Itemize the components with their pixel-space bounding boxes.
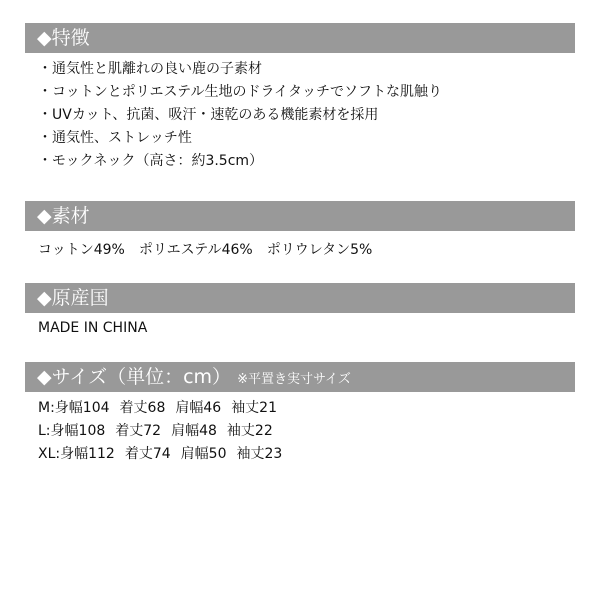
size-title: ◆サイズ（単位：cm） (37, 366, 231, 388)
size-cell: 身幅104 (55, 400, 110, 416)
size-cell: 袖丈23 (237, 446, 283, 462)
features-list: ・通気性と肌離れの良い鹿の子素材 ・コットンとポリエステル生地のドライタッチでソ… (38, 58, 442, 173)
material-item: コットン49% (38, 242, 125, 258)
list-item: ・モックネック（高さ：約3.5cm） (38, 150, 442, 173)
list-item: ・UVカット、抗菌、吸汗・速乾のある機能素材を採用 (38, 104, 442, 127)
material-item: ポリウレタン5% (267, 242, 373, 258)
size-cell: 着丈74 (125, 446, 171, 462)
features-title: ◆特徴 (37, 27, 90, 49)
list-item: ・通気性、ストレッチ性 (38, 127, 442, 150)
list-item: ・通気性と肌離れの良い鹿の子素材 (38, 58, 442, 81)
size-label: XL: (38, 446, 60, 462)
size-cell: 肩幅50 (181, 446, 227, 462)
size-cell: 袖丈22 (227, 423, 273, 439)
size-cell: 着丈72 (115, 423, 161, 439)
size-cell: 身幅108 (51, 423, 106, 439)
size-row-l: L:身幅108着丈72肩幅48袖丈22 (38, 420, 292, 443)
size-label: M: (38, 400, 55, 416)
size-cell: 身幅112 (60, 446, 115, 462)
size-row-m: M:身幅104着丈68肩幅46袖丈21 (38, 397, 292, 420)
size-cell: 肩幅46 (175, 400, 221, 416)
size-cell: 着丈68 (120, 400, 166, 416)
size-row-xl: XL:身幅112着丈74肩幅50袖丈23 (38, 443, 292, 466)
list-item: ・コットンとポリエステル生地のドライタッチでソフトな肌触り (38, 81, 442, 104)
origin-title: ◆原産国 (37, 287, 109, 309)
material-composition: コットン49%ポリエステル46%ポリウレタン5% (38, 239, 386, 262)
features-header: ◆特徴 (25, 23, 575, 53)
size-table: M:身幅104着丈68肩幅46袖丈21 L:身幅108着丈72肩幅48袖丈22 … (38, 397, 292, 466)
material-title: ◆素材 (37, 205, 90, 227)
size-header: ◆サイズ（単位：cm）※平置き実寸サイズ (25, 362, 575, 392)
material-item: ポリエステル46% (139, 242, 253, 258)
size-note: ※平置き実寸サイズ (237, 372, 351, 387)
material-header: ◆素材 (25, 201, 575, 231)
origin-header: ◆原産国 (25, 283, 575, 313)
size-cell: 袖丈21 (231, 400, 277, 416)
size-label: L: (38, 423, 51, 439)
size-cell: 肩幅48 (171, 423, 217, 439)
origin-value: MADE IN CHINA (38, 317, 147, 340)
